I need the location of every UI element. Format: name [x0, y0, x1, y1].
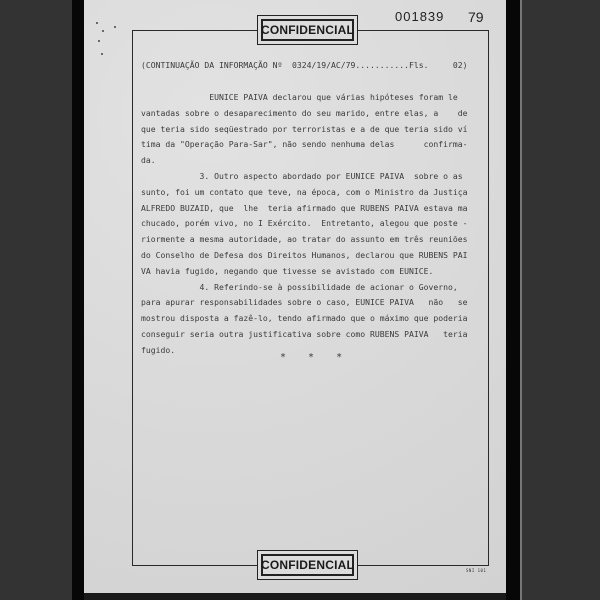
scan-speck: [114, 26, 116, 28]
closing-mark: * * *: [280, 352, 350, 363]
document-line: para apurar responsabilidades sobre o ca…: [141, 295, 486, 311]
document-line: VA havia fugido, negando que tivesse se …: [141, 264, 486, 280]
document-number: 001839: [395, 9, 444, 24]
document-line: que teria sido seqüestrado por terrorist…: [141, 122, 486, 138]
document-line: chucado, porém vivo, no I Exército. Entr…: [141, 216, 486, 232]
document-line: tima da "Operação Para-Sar", não sendo n…: [141, 137, 486, 153]
document-line: ALFREDO BUZAID, que lhe teria afirmado q…: [141, 201, 486, 217]
scan-speck: [101, 53, 103, 55]
document-line: da.: [141, 153, 486, 169]
document-body: EUNICE PAIVA declarou que várias hipótes…: [141, 90, 486, 359]
document-line: conseguir seria outra justificativa sobr…: [141, 327, 486, 343]
classification-label-bottom: CONFIDENCIAL: [261, 554, 354, 576]
page-mark: 79: [468, 9, 484, 25]
document-line: EUNICE PAIVA declarou que várias hipótes…: [141, 90, 486, 106]
document-line: riormente a mesma autoridade, ao tratar …: [141, 232, 486, 248]
scan-border-bottom: [84, 593, 507, 600]
classification-stamp-top: CONFIDENCIAL: [257, 15, 358, 45]
continuation-header: (CONTINUAÇÃO DA INFORMAÇÃO Nº 0324/19/AC…: [141, 58, 486, 74]
form-code: SNI 101: [466, 568, 486, 573]
document-line: 4. Referindo-se à possibilidade de acion…: [141, 280, 486, 296]
document-line: mostrou disposta a fazê-lo, tendo afirma…: [141, 311, 486, 327]
scan-speck: [98, 40, 100, 42]
document-line: vantadas sobre o desaparecimento do seu …: [141, 106, 486, 122]
classification-stamp-bottom: CONFIDENCIAL: [257, 550, 358, 580]
document-line: do Conselho de Defesa dos Direitos Human…: [141, 248, 486, 264]
scan-edge: [520, 0, 522, 600]
scan-speck: [102, 30, 104, 32]
document-line: sunto, foi um contato que teve, na época…: [141, 185, 486, 201]
scan-speck: [96, 22, 98, 24]
classification-label-top: CONFIDENCIAL: [261, 19, 354, 41]
document-line: 3. Outro aspecto abordado por EUNICE PAI…: [141, 169, 486, 185]
